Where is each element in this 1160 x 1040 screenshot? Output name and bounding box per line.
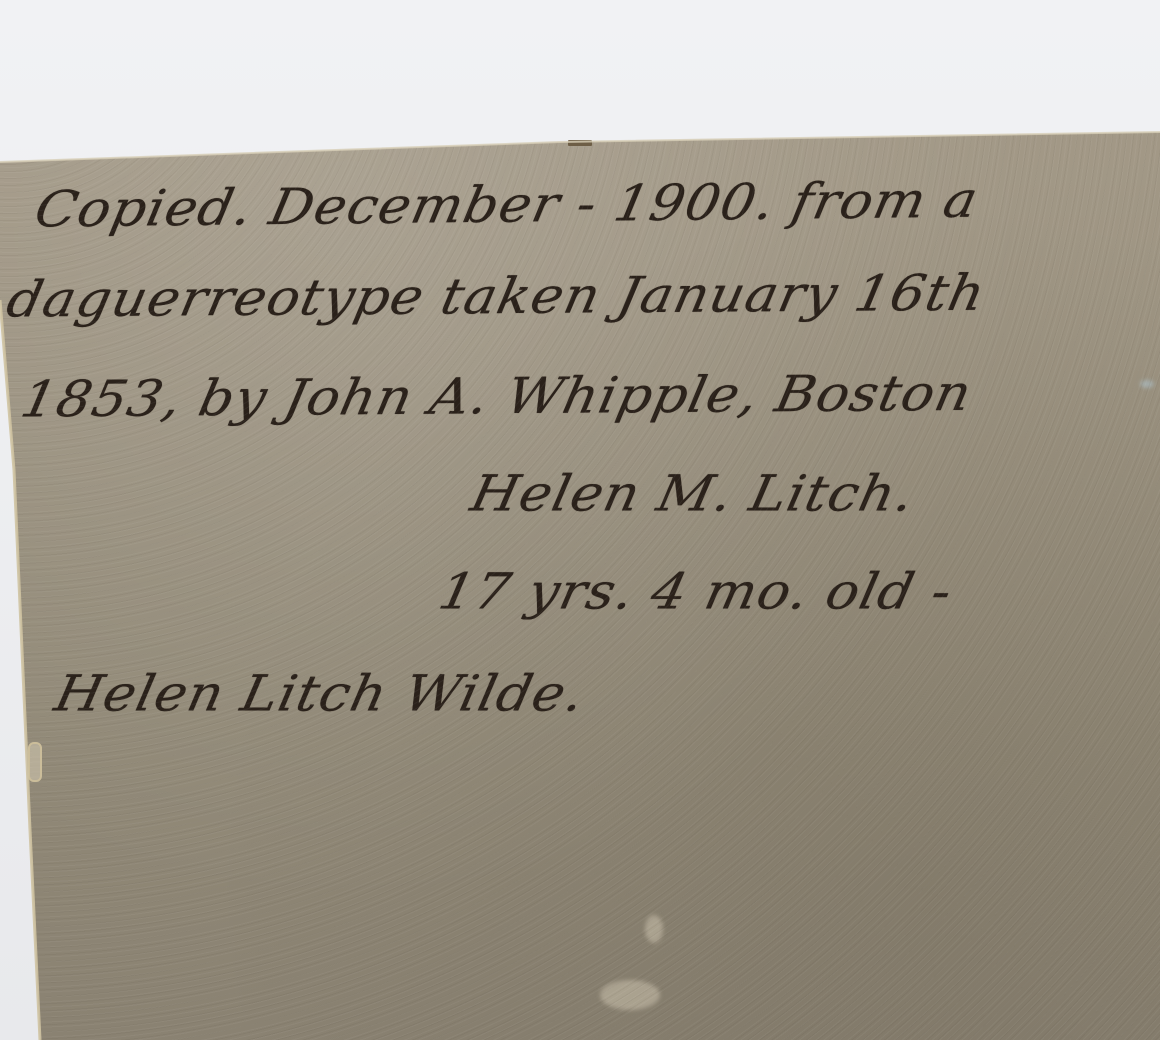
staple-mark <box>28 742 42 782</box>
inscription-line-3: 1853, by John A. Whipple, Boston <box>16 364 977 429</box>
inscription-name: Helen M. Litch. <box>466 465 920 523</box>
paper-stain <box>1140 380 1154 388</box>
inscription-line-1: Copied. December - 1900. from a <box>30 171 983 239</box>
inscription-signature: Helen Litch Wilde. <box>50 665 590 723</box>
paper-stain <box>645 915 663 943</box>
inscription-line-2: daguerreotype taken January 16th <box>2 264 991 329</box>
top-edge-tear <box>568 140 592 146</box>
vintage-card: Copied. December - 1900. from a daguerre… <box>0 0 1160 1040</box>
inscription-age: 17 yrs. 4 mo. old - <box>434 563 958 621</box>
paper-stain <box>600 980 660 1010</box>
photo-scene: Copied. December - 1900. from a daguerre… <box>0 0 1160 1040</box>
